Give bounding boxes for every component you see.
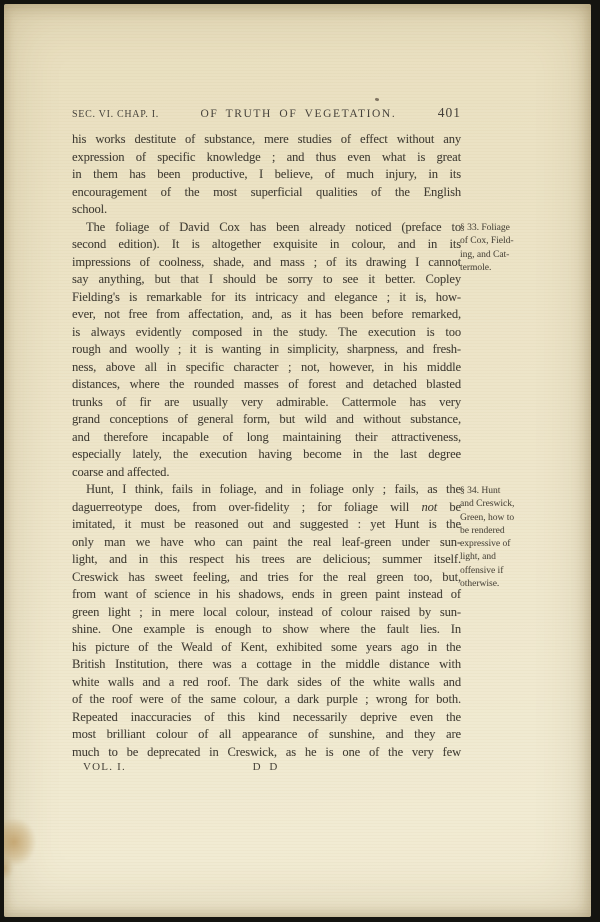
text-line: The foliage of David Cox has been alread… [72, 219, 461, 237]
page-header: SEC. VI. CHAP. I. OF TRUTH OF VEGETATION… [72, 105, 461, 121]
text-line: ever, not free from affectation, and, as… [72, 306, 461, 324]
margin-note-line: expressive of [460, 538, 548, 551]
text-line: of the roof were of the same colour, a d… [72, 691, 461, 709]
margin-note-line: otherwise. [460, 578, 548, 591]
paragraph: his works destitute of substance, mere s… [72, 131, 461, 219]
text-line: trunks of fir are usually very admirable… [72, 394, 461, 412]
text-line: rough and woolly ; it is wanting in simp… [72, 341, 461, 359]
margin-note-line: termole. [460, 262, 548, 275]
section-heading: SEC. VI. CHAP. I. [72, 109, 159, 120]
paragraph: The foliage of David Cox has been alread… [72, 219, 461, 482]
text-line: especially lately, the execution having … [72, 446, 461, 464]
margin-note-line: and Creswick, [460, 498, 548, 511]
margin-note-line: ing, and Cat- [460, 249, 548, 262]
text-line: from want of science in his shadows, end… [72, 586, 461, 604]
text-line: and therefore incapable of long maintain… [72, 429, 461, 447]
text-block: his works destitute of substance, mere s… [72, 131, 461, 761]
margin-note-33: § 33. Foliageof Cox, Field-ing, and Cat-… [460, 222, 548, 275]
margin-note-line: § 34. Hunt [460, 485, 548, 498]
margin-note-line: be rendered [460, 525, 548, 538]
volume-label: VOL. I. [83, 761, 126, 773]
margin-note-34: § 34. Huntand Creswick,Green, how tobe r… [460, 485, 548, 591]
text-line: Repeated inaccuracies of this kind neces… [72, 709, 461, 727]
text-line: imitated, it must be reasoned out and su… [72, 516, 461, 534]
text-line: his picture of the Weald of Kent, exhibi… [72, 639, 461, 657]
margin-note-line: light, and [460, 551, 548, 564]
text-line: distances, where the rounded masses of f… [72, 376, 461, 394]
text-line: in them has been productive, I believe, … [72, 166, 461, 184]
text-line: most brilliant colour of all appearance … [72, 726, 461, 744]
text-line: school. [72, 201, 461, 219]
margin-note-line: Green, how to [460, 512, 548, 525]
text-line: much to be deprecated in Creswick, as he… [72, 744, 461, 762]
text-line: British Institution, there was a cottage… [72, 656, 461, 674]
text-line: expression of specific knowledge ; and t… [72, 149, 461, 167]
margin-note-line: § 33. Foliage [460, 222, 548, 235]
text-line: Creswick has sweet feeling, and tries fo… [72, 569, 461, 587]
paragraph: Hunt, I think, fails in foliage, and in … [72, 481, 461, 761]
text-line: grand conceptions of general form, but w… [72, 411, 461, 429]
text-line: his works destitute of substance, mere s… [72, 131, 461, 149]
text-line: daguerreotype does, from over-fidelity ;… [72, 499, 461, 517]
signature-mark: D D [253, 761, 281, 773]
text-line: say anything, but that I should be sorry… [72, 271, 461, 289]
text-line: Hunt, I think, fails in foliage, and in … [72, 481, 461, 499]
text-line: only man we have who can paint the real … [72, 534, 461, 552]
text-line: ness, above all in specific character ; … [72, 359, 461, 377]
text-line: second edition). It is altogether exquis… [72, 236, 461, 254]
running-title: OF TRUTH OF VEGETATION. [159, 108, 438, 120]
text-line: is always evidently composed in the stud… [72, 324, 461, 342]
text-line: Fielding's is remarkable for its intrica… [72, 289, 461, 307]
text-line: encouragement of the most superficial qu… [72, 184, 461, 202]
margin-note-line: of Cox, Field- [460, 235, 548, 248]
text-line: green light ; in mere local colour, inst… [72, 604, 461, 622]
text-line: coarse and affected. [72, 464, 461, 482]
text-line: shine. One example is enough to show whe… [72, 621, 461, 639]
book-page: SEC. VI. CHAP. I. OF TRUTH OF VEGETATION… [4, 4, 591, 917]
margin-note-line: offensive if [460, 565, 548, 578]
page-footer: VOL. I. D D [72, 761, 461, 779]
page-number: 401 [438, 105, 461, 121]
text-line: white walls and a red roof. The dark sid… [72, 674, 461, 692]
text-line: light, and in this respect his trees are… [72, 551, 461, 569]
text-line: impressions of coolness, shade, and mass… [72, 254, 461, 272]
ink-speck [375, 97, 380, 101]
